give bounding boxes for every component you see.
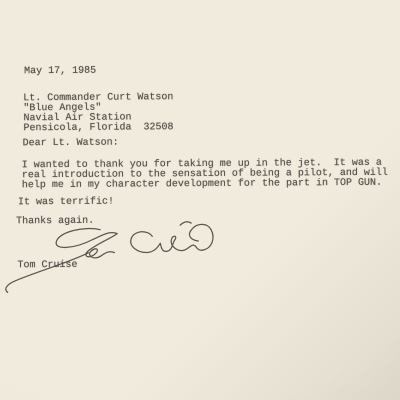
letter-page: May 17, 1985 Lt. Commander Curt Watson "… [0,0,400,400]
letter-photo: May 17, 1985 Lt. Commander Curt Watson "… [0,0,400,400]
tom-cruise-signature [0,200,241,312]
body-line-3: help me in my character development for … [22,179,382,192]
letter-date: May 17, 1985 [24,67,96,78]
recipient-city-zip: Pensicola, Florida 32508 [23,123,173,134]
salutation: Dear Lt. Watson: [23,139,119,150]
typed-signature-name: Tom Cruise [17,261,77,271]
